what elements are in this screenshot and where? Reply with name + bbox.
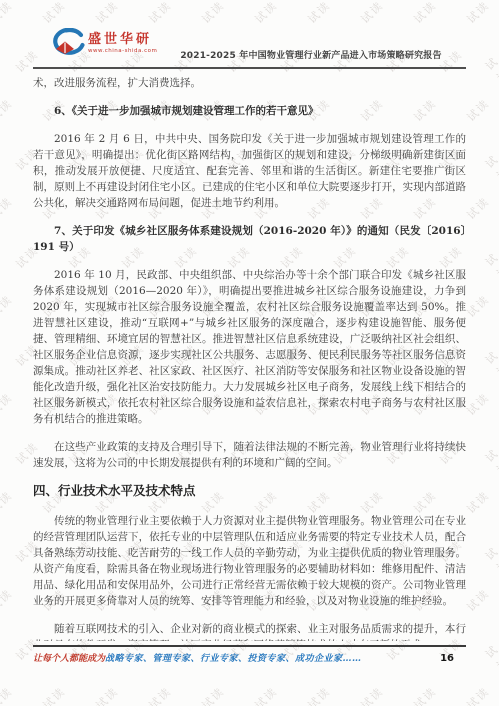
trial-watermark: 试读 — [463, 683, 493, 706]
page-footer: 让每个人都能成为 战略专家、管理专家、行业专家、投资专家、成功企业家…… 16 — [33, 651, 466, 664]
paragraph: 2016 年 10 月，民政部、中央组织部、中央综治办等十余个部门联合印发《城乡… — [33, 267, 466, 427]
trial-watermark: 试读 — [463, 487, 493, 517]
footer-divider — [33, 645, 466, 647]
trial-watermark: 试读 — [482, 445, 499, 477]
trial-watermark: 试读 — [482, 641, 499, 673]
trial-watermark: 试读 — [198, 683, 228, 706]
trial-watermark: 试读 — [482, 249, 499, 281]
logo-text: 盛世华研 www.china-shida.com — [88, 33, 157, 55]
trial-watermark: 试读 — [0, 193, 16, 223]
report-title: 2021-2025 年中国物业管理行业新产品进入市场策略研究报告 — [156, 48, 466, 61]
trial-watermark: 试读 — [482, 347, 499, 379]
trial-watermark: 试读 — [0, 683, 16, 706]
paragraph: 传统的物业管理行业主要依赖于人力资源对业主提供物业管理服务。物业管理公司在专业的… — [33, 513, 466, 609]
item-heading: 7、关于印发《城乡社区服务体系建设规划（2016-2020 年）》的通知（民发〔… — [33, 223, 466, 255]
trial-watermark: 试读 — [39, 683, 69, 706]
trial-watermark: 试读 — [92, 0, 122, 27]
trial-watermark: 试读 — [410, 683, 440, 706]
trial-watermark: 试读 — [463, 95, 493, 125]
document-page: 试读试读试读试读试读试读试读试读试读试读试读试读试读试读试读试读试读试读试读试读… — [0, 0, 499, 706]
paragraph: 2016 年 2 月 6 日，中共中央、国务院印发《关于进一步加强城市规划建设管… — [33, 131, 466, 211]
trial-watermark: 试读 — [0, 487, 16, 517]
trial-watermark: 试读 — [482, 53, 499, 85]
footer-slogan-prefix: 让每个人都能成为 — [33, 651, 105, 664]
trial-watermark: 试读 — [0, 291, 16, 321]
trial-watermark: 试读 — [145, 0, 175, 27]
trial-watermark: 试读 — [92, 683, 122, 706]
trial-watermark: 试读 — [463, 193, 493, 223]
trial-watermark: 试读 — [0, 0, 16, 27]
trial-watermark: 试读 — [482, 543, 499, 575]
item-heading: 6、《关于进一步加强城市规划建设管理工作的若干意见》 — [33, 103, 466, 119]
paragraph: 术，改进服务流程，扩大消费选择。 — [33, 75, 466, 91]
trial-watermark: 试读 — [463, 389, 493, 419]
trial-watermark: 试读 — [198, 0, 228, 27]
document-body: 术，改进服务流程，扩大消费选择。6、《关于进一步加强城市规划建设管理工作的若干意… — [33, 75, 466, 641]
trial-watermark: 试读 — [357, 0, 387, 27]
page-header: 盛世华研 www.china-shida.com 2021-2025 年中国物业… — [33, 26, 466, 66]
trial-watermark: 试读 — [357, 683, 387, 706]
trial-watermark: 试读 — [251, 683, 281, 706]
trial-watermark: 试读 — [463, 291, 493, 321]
logo-company-name: 盛世华研 — [88, 33, 157, 46]
paragraph: 在这些产业政策的支持及合理引导下，随着法律法规的不断完善，物业管理行业将持续快速… — [33, 439, 466, 471]
header-divider — [33, 67, 466, 69]
page-number: 16 — [440, 653, 466, 664]
trial-watermark: 试读 — [482, 151, 499, 183]
trial-watermark: 试读 — [0, 389, 16, 419]
trial-watermark: 试读 — [39, 0, 69, 27]
trial-watermark: 试读 — [251, 0, 281, 27]
footer-slogan-main: 战略专家、管理专家、行业专家、投资专家、成功企业家…… — [105, 651, 362, 664]
trial-watermark: 试读 — [304, 0, 334, 27]
trial-watermark: 试读 — [463, 585, 493, 615]
logo-website: www.china-shida.com — [88, 49, 157, 55]
trial-watermark: 试读 — [463, 0, 493, 27]
paragraph: 随着互联网技术的引入、企业对新的商业模式的探索、业主对服务品质需求的提升，本行业… — [33, 621, 466, 641]
trial-watermark: 试读 — [145, 683, 175, 706]
trial-watermark: 试读 — [0, 95, 16, 125]
section-heading: 四、行业技术水平及技术特点 — [33, 483, 466, 499]
trial-watermark: 试读 — [0, 585, 16, 615]
trial-watermark: 试读 — [304, 683, 334, 706]
company-logo: 盛世华研 www.china-shida.com — [47, 28, 157, 60]
logo-book-swoosh-icon — [47, 28, 85, 60]
trial-watermark: 试读 — [410, 0, 440, 27]
